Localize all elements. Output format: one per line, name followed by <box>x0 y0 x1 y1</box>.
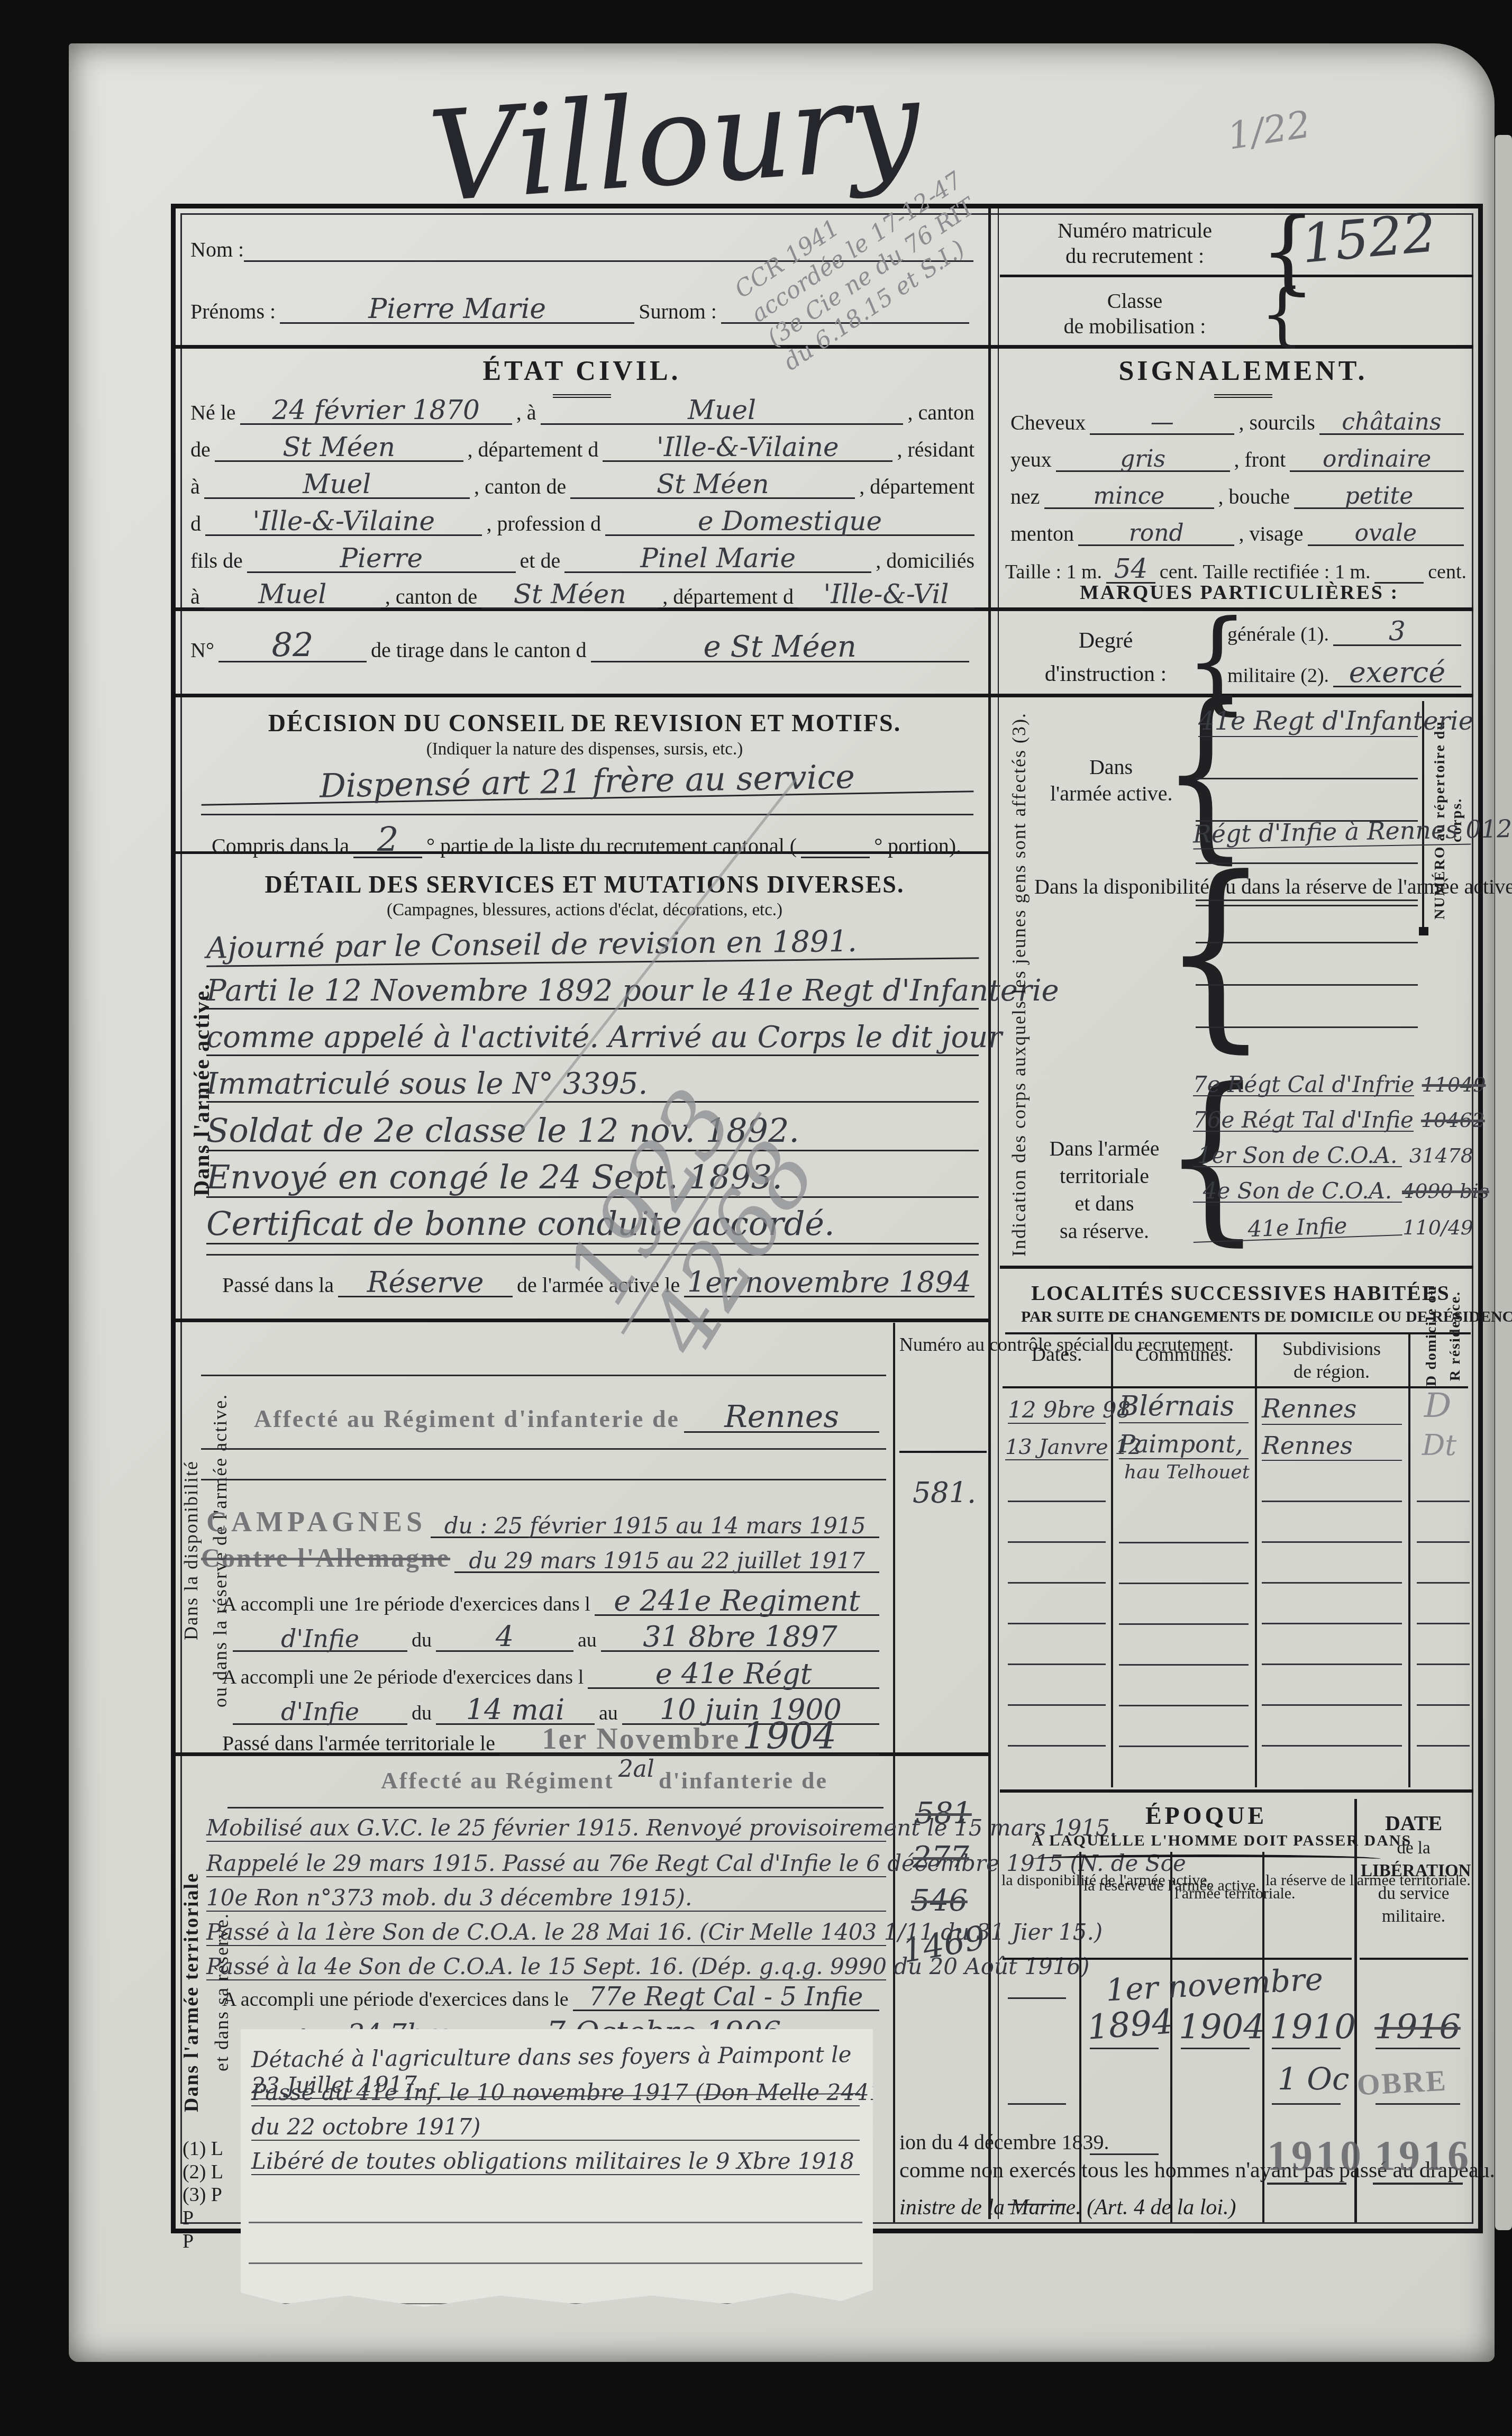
etat-civil-title: ÉTAT CIVIL. <box>317 356 846 387</box>
localites-col-dr-1: D domicile ou <box>1423 1280 1440 1392</box>
localites-blank-subdiv <box>1262 1461 1402 1779</box>
localites-title-2: PAR SUITE DE CHANGEMENTS DE DOMICILE OU … <box>1021 1308 1460 1326</box>
sig-taille-p2: cent. Taille rectifiée : 1 m. <box>1160 560 1371 584</box>
epoque-col-3: l'armée territoriale. <box>1174 1884 1260 1904</box>
pasted-slip: Détaché à l'agriculture dans ses foyers … <box>241 2029 873 2310</box>
epoque-col-line-1 <box>1079 1852 1081 2222</box>
degre-generale-row: générale (1). 3 <box>1227 619 1465 646</box>
sig-taille-h1: 54 <box>1106 557 1155 584</box>
epoque-v-1916: 1916 <box>1374 2008 1461 2047</box>
etat-r2-p1: de <box>190 437 211 462</box>
epoque-rule-c1c <box>1008 2204 1066 2205</box>
corps-terr-v3: 1er Son de C.O.A. <box>1193 1145 1402 1167</box>
controle-value: 581. <box>913 1476 976 1510</box>
epoque-stamp-1910: 1910 <box>1267 2132 1364 2180</box>
sig-r4-h2: ovale <box>1308 522 1464 546</box>
localites-col-dr-2: R résidence. <box>1447 1280 1464 1392</box>
sig-r3-p1: nez <box>1010 484 1040 509</box>
etat-r5-p3: , domiciliés <box>876 548 974 573</box>
compris-portion-line <box>801 857 870 858</box>
corps-dispo-line-2 <box>1196 942 1418 943</box>
controle-header-rule <box>899 1451 987 1453</box>
epoque-date-1: DATE <box>1361 1810 1467 1837</box>
compris-row: Compris dans la 2 ° partie de la liste d… <box>212 824 968 858</box>
controle-header: Numéro au contrôle spécial du recrutemen… <box>899 1332 987 1357</box>
degre-militaire-value: exercé <box>1333 659 1461 687</box>
degre-label-1: Degré <box>1026 624 1185 658</box>
localites-title-1: LOCALITÉS SUCCESSIVES HABITÉES <box>1021 1280 1460 1305</box>
tirage-canton-value: e St Méen <box>591 633 969 662</box>
etat-r3-h1: Muel <box>204 472 470 499</box>
contre-allemagne-row: Contre l'Allemagne du 29 mars 1915 au 22… <box>201 1542 883 1573</box>
corps-active-label: Dans l'armée active. <box>1050 754 1172 807</box>
epoque-date-2: de la <box>1361 1837 1467 1860</box>
decision-blank-line <box>201 814 973 815</box>
localites-col-line-3 <box>1408 1334 1410 1787</box>
dispo-blank-1 <box>201 1375 886 1376</box>
etat-r5-p2: et de <box>520 548 561 573</box>
localites-r1-dr: D <box>1424 1386 1451 1425</box>
sig-r2-p2: , front <box>1234 447 1286 472</box>
etat-r6-h2: St Méen <box>481 582 658 609</box>
passe-territoriale-value: 1904 <box>742 1714 836 1758</box>
degre-label: Degré d'instruction : <box>1026 624 1185 691</box>
affecte2-underline <box>227 1807 883 1808</box>
corps-dispo-line-1 <box>1196 899 1418 901</box>
sig-r2-h1: gris <box>1056 448 1230 472</box>
localites-r2-subdiv: Rennes <box>1262 1431 1402 1461</box>
epoque-rule-c4b <box>1272 2103 1341 2105</box>
localites-r2-date: 13 Janvre 12 <box>1005 1435 1108 1460</box>
corps-dispo-line-3 <box>1196 984 1418 986</box>
periode1-label: A accompli une 1re période d'exercices d… <box>222 1593 590 1616</box>
matricule-value: 1522 <box>1299 202 1438 275</box>
periode2-value: e 41e Régt <box>588 1660 879 1689</box>
etat-r5-h1: Pierre <box>247 546 516 573</box>
periode2-row: A accompli une 2e période d'exercices da… <box>222 1660 883 1689</box>
affecte2-sup: 2al <box>618 1756 654 1783</box>
etat-row-1: Né le 24 février 1870 , à Muel , canton <box>190 398 979 425</box>
adjacent-page-edge <box>1495 135 1512 2230</box>
corps-terr-n2: 10462 <box>1414 1108 1485 1132</box>
passe-territoriale-label: Passé dans l'armée territoriale le <box>222 1731 495 1756</box>
epoque-rule-dateb <box>1376 2103 1460 2105</box>
matricule-label-1: Numéro matricule <box>1013 218 1256 243</box>
epoque-stamp-1910-rule <box>1267 2183 1346 2185</box>
surnom-label: Surnom : <box>639 299 717 324</box>
corps-dispo-brace: { <box>1162 851 1270 1054</box>
periode1-corps: d'Infie <box>233 1628 407 1652</box>
corps-terr-row-5: 41e Infie 110/49 <box>1193 1216 1473 1239</box>
periode1-du-value: 4 <box>436 1623 573 1652</box>
classe-label-1: Classe <box>1013 288 1256 314</box>
degre-generale-label: générale (1). <box>1227 623 1329 646</box>
corps-terr-v2: 76e Régt Tal d'Infie <box>1193 1110 1414 1132</box>
corps-terr-row-2: 76e Régt Tal d'Infie 10462 <box>1193 1108 1473 1132</box>
slip-blank-lines <box>249 2183 862 2304</box>
sig-r3-h2: petite <box>1294 485 1464 509</box>
divider-vertical-main <box>988 208 991 2219</box>
epoque-col-4: la réserve de l'armée territoriale. <box>1265 1870 1352 1890</box>
terr-line-3: 10e Ron n°373 mob. du 3 décembre 1915). <box>206 1885 886 1912</box>
contre-allemagne-stamp: Contre l'Allemagne <box>201 1542 450 1573</box>
epoque-rule-c1b <box>1008 2103 1066 2105</box>
epoque-stamp-obre: OBRE <box>1356 2064 1448 2103</box>
epoque-v-1904: 1904 <box>1179 2008 1265 2047</box>
localites-col-subdiv-1: Subdivisions <box>1258 1338 1405 1360</box>
corps-active-label-1: Dans <box>1050 754 1172 780</box>
nom-label: Nom : <box>190 237 244 262</box>
etat-civil-title-underline <box>553 394 611 398</box>
signalement-title: SIGNALEMENT. <box>1032 356 1455 387</box>
sig-r3-h1: mince <box>1044 485 1214 509</box>
etat-r3-h2: St Méen <box>570 472 855 499</box>
corps-terr-n3: 31478 <box>1402 1144 1473 1167</box>
terr-line-4: Passé à la 1ère Son de C.O.A. le 28 Mai … <box>206 1919 886 1946</box>
periode1-du-label: du <box>412 1629 432 1652</box>
etat-r4-h2: e Domestique <box>605 509 974 536</box>
classe-label: Classe de mobilisation : <box>1013 288 1256 339</box>
localites-r2-commune: Paimpont, <box>1119 1430 1249 1459</box>
slip-line-2: Passé au 41e Inf. le 10 novembre 1917 (D… <box>251 2079 860 2106</box>
terr-line-1: Mobilisé aux G.V.C. le 25 février 1915. … <box>206 1815 886 1842</box>
compris-label-3: ° portion). <box>874 833 961 858</box>
footnotes: (1) L (2) L (3) P P P <box>183 2138 223 2253</box>
epoque-stamp-1916-rule <box>1373 2183 1463 2185</box>
etat-r6-h1: Muel <box>204 582 381 609</box>
etat-r4-p1: d <box>190 511 201 536</box>
etat-r1-p1: Né le <box>190 400 236 425</box>
corps-terr-n1: 11049 <box>1414 1073 1486 1096</box>
localites-blank-communes <box>1119 1503 1249 1778</box>
terr-line-2: Rappelé le 29 mars 1915. Passé au 76e Re… <box>206 1850 886 1877</box>
num-277: 277 <box>913 1840 969 1875</box>
etat-r1-p3: , canton <box>907 400 974 425</box>
tirage-row: N° 82 de tirage dans le canton d e St Mé… <box>190 630 973 662</box>
periode1-value: e 241e Regiment <box>595 1587 879 1616</box>
margin-armee-active: Dans l'armée active. <box>189 889 215 1291</box>
epoque-brace-curve <box>1032 1855 1381 1864</box>
localites-header-rule-2 <box>1003 1386 1468 1388</box>
corps-terr-row-3: 1er Son de C.O.A. 31478 <box>1193 1144 1473 1167</box>
slip-line-3: du 22 octobre 1917) <box>251 2114 860 2141</box>
etat-r5-p1: fils de <box>190 548 243 573</box>
epoque-rule-date <box>1376 2048 1460 2049</box>
corps-dispo-value: Régt d'Infie à Rennes 012699 <box>1193 815 1471 849</box>
localites-r1-subdiv: Rennes <box>1262 1394 1402 1425</box>
periode1-au-value: 31 8bre 1897 <box>601 1623 879 1652</box>
corps-terr-label-1: Dans l'armée <box>1034 1135 1174 1162</box>
etat-r1-h2: Muel <box>541 398 904 425</box>
corps-terr-label-3: et dans <box>1034 1190 1174 1217</box>
corps-terr-v1: 7e Régt Cal d'Infrie <box>1193 1074 1414 1096</box>
sig-r2-h2: ordinaire <box>1290 448 1464 472</box>
sig-taille-p1: Taille : 1 m. <box>1005 560 1102 584</box>
epoque-date-3: LIBÉRATION <box>1361 1860 1467 1883</box>
etat-r3-p2: , canton de <box>474 474 566 499</box>
compris-value: 2 <box>353 824 422 858</box>
epoque-v-1894: 1894 <box>1086 2002 1175 2047</box>
sig-r4-h1: rond <box>1078 522 1234 546</box>
corps-active-line-1 <box>1196 778 1418 779</box>
periode2-label: A accompli une 2e période d'exercices da… <box>222 1666 584 1689</box>
scan-root: { "page": { "folio": "1/22", "name_scrip… <box>0 0 1512 2436</box>
localites-blank-dates <box>1008 1461 1106 1779</box>
corps-terr-label-4: sa réserve. <box>1034 1217 1174 1245</box>
prenoms-label: Prénoms : <box>190 299 276 324</box>
divider-h-epoque <box>1000 1789 1473 1793</box>
localites-r2-commune-2: hau Telhouet <box>1124 1461 1249 1483</box>
etat-r4-p2: , profession d <box>486 511 601 536</box>
corps-active-label-2: l'armée active. <box>1050 780 1172 807</box>
footnote-1: (1) L <box>183 2138 223 2161</box>
affecte2-stamp-1: Affecté au Régiment <box>381 1767 614 1794</box>
etat-r2-p3: , résidant <box>897 437 974 462</box>
affecte1-underline <box>201 1448 886 1450</box>
epoque-title: ÉPOQUE <box>1058 1802 1354 1830</box>
divider-h-matricule <box>1000 275 1473 277</box>
footnote-2: (2) L <box>183 2161 223 2184</box>
epoque-rule-c4 <box>1272 2048 1341 2049</box>
classe-brace: { <box>1260 279 1304 348</box>
etat-r3-p3: , département <box>859 474 974 499</box>
passe-reserve-p1: Passé dans la <box>222 1272 334 1297</box>
affecte2-row: Affecté au Régiment 2al d'infanterie de <box>381 1767 889 1794</box>
margin-corps-label: Indication des corps auxquels les jeunes… <box>1008 709 1030 1259</box>
classe-label-2: de mobilisation : <box>1013 314 1256 339</box>
margin-dispo-1: Dans la disponibilité <box>180 1347 202 1754</box>
epoque-stamp-1916: 1916 <box>1374 2132 1472 2180</box>
sig-taille-p3: cent. <box>1428 560 1467 584</box>
epoque-header-rule-date <box>1360 1958 1468 1960</box>
epoque-hw-1oc: 1 Oc <box>1278 2061 1349 2097</box>
num-581: 581 <box>915 1796 972 1831</box>
localites-blank-dr <box>1417 1461 1470 1779</box>
corps-terr-n4: 4090 bis <box>1402 1179 1473 1203</box>
etat-r6-p1: à <box>190 584 200 609</box>
decision-title: DÉCISION DU CONSEIL DE REVISION ET MOTIF… <box>222 709 947 737</box>
sig-r1-p2: , sourcils <box>1238 410 1315 435</box>
epoque-col-1: la disponibilité de l'armée active. <box>1001 1870 1078 1890</box>
signalement-title-underline <box>1214 394 1272 398</box>
localites-col-subdiv: Subdivisions de région. <box>1258 1338 1405 1383</box>
etat-row-2: de St Méen , département d 'Ille-&-Vilai… <box>190 435 979 462</box>
num-546: 546 <box>911 1884 968 1918</box>
degre-militaire-row: militaire (2). exercé <box>1227 659 1465 687</box>
services-title: DÉTAIL DES SERVICES ET MUTATIONS DIVERSE… <box>222 870 947 898</box>
localites-col-subdiv-2: de région. <box>1258 1360 1405 1383</box>
degre-label-2: d'instruction : <box>1026 658 1185 691</box>
etat-row-3: à Muel , canton de St Méen , département <box>190 472 979 499</box>
periode3-row: A accompli une période d'exercices dans … <box>222 1985 883 2011</box>
divider-vertical-controle <box>893 1323 895 2222</box>
etat-r6-p2: , canton de <box>385 584 477 609</box>
sig-r1-h2: châtains <box>1319 411 1464 435</box>
footer-line-1: ion du 4 décembre 1839. <box>899 2130 1109 2155</box>
etat-r3-p1: à <box>190 474 200 499</box>
periode1-au-label: au <box>578 1629 597 1652</box>
sig-row-3: nez mince , bouche petite <box>1010 484 1468 509</box>
etat-r2-p2: , département d <box>468 437 599 462</box>
passe-territoriale-row: Passé dans l'armée territoriale le 1er N… <box>222 1719 883 1756</box>
epoque-col-2: la réserve de l'armée active. <box>1083 1876 1168 1896</box>
sig-taille-row: Taille : 1 m. 54 cent. Taille rectifiée … <box>1005 557 1471 584</box>
sig-r4-p2: , visage <box>1238 521 1303 546</box>
corps-terr-row-1: 7e Régt Cal d'Infrie 11049 <box>1193 1073 1473 1096</box>
etat-r4-h1: 'Ille-&-Vilaine <box>205 509 482 536</box>
localites-col-line-2 <box>1255 1334 1257 1787</box>
passe-territoriale-stamp: 1er Novembre <box>542 1723 741 1756</box>
footnote-4: P <box>183 2207 223 2230</box>
localites-r2-dr: Dt <box>1422 1429 1456 1462</box>
epoque-rule-c2b <box>1090 2153 1159 2155</box>
divider-h-localites <box>1000 1266 1473 1269</box>
periode1-row: A accompli une 1re période d'exercices d… <box>222 1587 883 1616</box>
etat-r6-p3: , département d <box>662 584 794 609</box>
divider-h-reserve <box>176 1319 988 1322</box>
affecte1-stamp: Affecté au Régiment d'infanterie de <box>254 1405 680 1433</box>
epoque-header-rule <box>1003 1958 1352 1960</box>
etat-r6-h3: 'Ille-&-Vil <box>798 582 974 609</box>
divider-h-tirage <box>176 694 1473 697</box>
footnote-5: P <box>183 2230 223 2253</box>
sig-r1-h1: — <box>1090 411 1234 435</box>
affecte2-stamp-2: d'infanterie de <box>659 1767 828 1794</box>
etat-row-6: à Muel , canton de St Méen , département… <box>190 582 979 609</box>
epoque-subtitle: À LAQUELLE L'HOMME DOIT PASSER DANS <box>1032 1832 1381 1850</box>
campagnes-dates-1: du : 25 février 1915 au 14 mars 1915 <box>431 1515 879 1538</box>
footnote-3: (3) P <box>183 2184 223 2207</box>
epoque-rule-c3 <box>1181 2048 1250 2049</box>
services-line-5: Soldat de 2e classe le 12 nov. 1892. <box>206 1111 979 1151</box>
corps-terr-label-2: territoriale <box>1034 1162 1174 1190</box>
degre-generale-value: 3 <box>1333 619 1461 646</box>
services-line-4: Immatriculé sous le N° 3395. <box>206 1067 979 1103</box>
corps-terr-v5: 41e Infie <box>1192 1213 1402 1243</box>
periode1-dates-row: d'Infie du 4 au 31 8bre 1897 <box>233 1623 883 1652</box>
corps-active-value: 41e Regt d'Infanterie <box>1198 706 1418 737</box>
corps-terr-n5: 110/49 <box>1402 1216 1473 1239</box>
dispo-blank-2 <box>201 1479 886 1480</box>
sig-r4-p1: menton <box>1010 521 1074 546</box>
decision-hw-row: Dispensé art 21 frère au service <box>201 754 973 799</box>
numero-corps-endbar <box>1419 927 1428 935</box>
etat-r2-h1: St Méen <box>215 435 463 462</box>
epoque-rule-c1a <box>1008 1997 1066 1999</box>
etat-r1-h1: 24 février 1870 <box>240 398 512 425</box>
footer-line-3: inistre de la Marine. (Art. 4 de la loi.… <box>899 2195 1236 2220</box>
corps-terr-label: Dans l'armée territoriale et dans sa rés… <box>1034 1135 1174 1245</box>
tirage-value: 82 <box>218 630 367 662</box>
periode3-label: A accompli une période d'exercices dans … <box>222 1988 569 2011</box>
corps-dispo-label: Dans la disponibilité ou dans la réserve… <box>1034 873 1174 901</box>
campagnes-row: CAMPAGNES du : 25 février 1915 au 14 mar… <box>206 1505 883 1538</box>
etat-r5-h2: Pinel Marie <box>564 546 871 573</box>
etat-row-5: fils de Pierre et de Pinel Marie , domic… <box>190 546 979 573</box>
divider-vertical-main-thin <box>998 208 999 2219</box>
periode3-value: 77e Regt Cal - 5 Infie <box>573 1985 879 2011</box>
epoque-v-1910: 1910 <box>1270 2008 1356 2047</box>
localites-r1-date: 12 9bre 98 <box>1008 1397 1106 1424</box>
matricule-label-2: du recrutement : <box>1013 243 1256 269</box>
epoque-date-col: DATE de la LIBÉRATION du service militai… <box>1361 1810 1467 1928</box>
compris-label-2: ° partie de la liste du recrutement cant… <box>426 833 797 858</box>
sig-r1-p1: Cheveux <box>1010 410 1086 435</box>
localites-r1-commune: Blérnais <box>1119 1390 1249 1423</box>
sig-row-2: yeux gris , front ordinaire <box>1010 447 1468 472</box>
affecte1-value: Rennes <box>684 1402 879 1433</box>
services-subtitle: (Campagnes, blessures, actions d'éclat, … <box>222 901 947 920</box>
campagnes-stamp: CAMPAGNES <box>206 1505 426 1538</box>
campagnes-dates-2: du 29 mars 1915 au 22 juillet 1917 <box>454 1550 879 1573</box>
etat-r1-p2: , à <box>516 400 536 425</box>
affecte1-row: Affecté au Régiment d'infanterie de Renn… <box>254 1402 883 1433</box>
epoque-rule-c2 <box>1090 2048 1159 2049</box>
tirage-label-no: N° <box>190 638 214 662</box>
prenoms-value: Pierre Marie <box>280 296 634 324</box>
services-line-2: Parti le 12 Novembre 1892 pour le 41e Re… <box>206 974 979 1010</box>
compris-label-1: Compris dans la <box>212 833 349 858</box>
sig-row-1: Cheveux — , sourcils châtains <box>1010 410 1468 435</box>
sig-row-4: menton rond , visage ovale <box>1010 521 1468 546</box>
matricule-label: Numéro matricule du recrutement : <box>1013 218 1256 269</box>
decision-hw-value: Dispensé art 21 frère au service <box>201 759 974 805</box>
corps-dispo-line-4 <box>1196 1026 1418 1028</box>
terr-line-5: Passé à la 4e Son de C.O.A. le 15 Sept. … <box>206 1953 886 1980</box>
etat-r2-h2: 'Ille-&-Vilaine <box>603 435 892 462</box>
sig-r2-p1: yeux <box>1010 447 1052 472</box>
corps-terr-v4: 4e Son de C.O.A. <box>1193 1180 1402 1203</box>
slip-line-4: Libéré de toutes obligations militaires … <box>251 2148 860 2175</box>
sig-r3-p2: , bouche <box>1218 484 1290 509</box>
passe-reserve-h1: Réserve <box>338 1269 513 1297</box>
epoque-date-4: du service <box>1361 1883 1467 1905</box>
etat-row-4: d 'Ille-&-Vilaine , profession d e Domes… <box>190 509 979 536</box>
epoque-date-5: militaire. <box>1361 1905 1467 1928</box>
tirage-label-canton: de tirage dans le canton d <box>371 638 587 662</box>
corps-terr-row-4: 4e Son de C.O.A. 4090 bis <box>1193 1179 1473 1203</box>
